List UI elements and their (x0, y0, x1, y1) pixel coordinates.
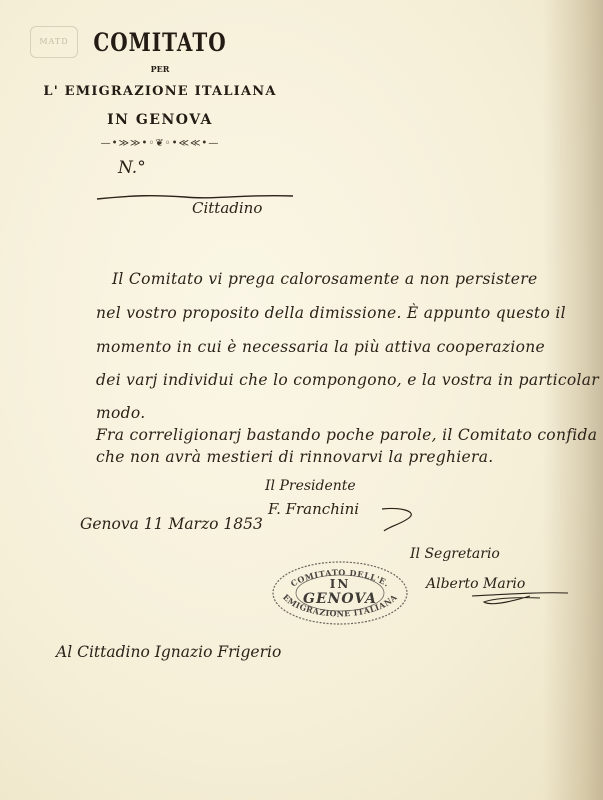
president-title: Il Presidente (265, 478, 356, 494)
letterhead-per: PER (60, 64, 260, 74)
signature-flourish-icon (380, 505, 420, 535)
seal-center-line-2: GENOVA (300, 591, 380, 607)
seal-center: IN GENOVA (300, 578, 380, 607)
body-line: Fra correligionarj bastando poche parole… (96, 426, 597, 444)
letterhead-line-2: IN GENOVA (60, 112, 260, 128)
body-line: nel vostro proposito della dimissione. È… (96, 304, 566, 322)
letterhead-title: COMITATO (60, 27, 260, 57)
place-date: Genova 11 Marzo 1853 (80, 515, 263, 533)
body-line: momento in cui è necessaria la più attiv… (96, 338, 545, 356)
body-line: dei varj individui che lo compongono, e … (96, 371, 599, 389)
letter-page: MATD COMITATO PER L' EMIGRAZIONE ITALIAN… (0, 0, 603, 800)
letterhead-line-1: L' EMIGRAZIONE ITALIANA (20, 84, 300, 99)
number-label: N.° (118, 158, 146, 178)
body-line: modo. (96, 404, 145, 422)
signature-flourish-icon (470, 588, 570, 608)
president-signature: F. Franchini (268, 500, 359, 518)
addressee: Al Cittadino Ignazio Frigerio (56, 643, 281, 661)
secretary-title: Il Segretario (410, 546, 500, 562)
seal-center-line-1: IN (300, 578, 380, 591)
salutation: Cittadino (192, 199, 262, 217)
ornament-divider-icon: —•≫≫•◦❦◦•≪≪•— (60, 138, 260, 149)
body-line: che non avrà mestieri di rinnovarvi la p… (96, 448, 494, 466)
body-line: Il Comitato vi prega calorosamente a non… (112, 270, 537, 288)
committee-seal-stamp: COMITATO DELL'E. EMIGRAZIONE ITALIANA IN… (270, 560, 410, 626)
